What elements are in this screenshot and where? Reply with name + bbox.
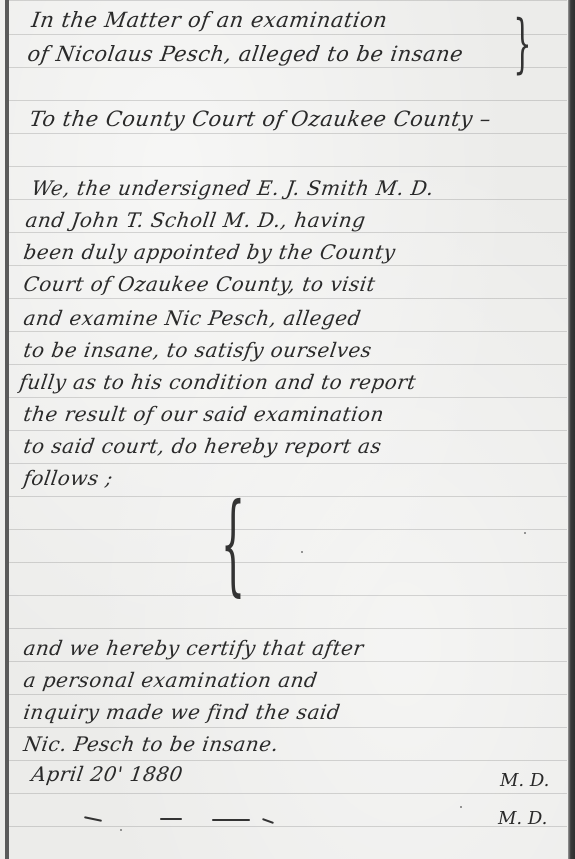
certification-line-1: and we hereby certify that after (22, 636, 365, 660)
body-line-4: Court of Ozaukee County, to visit (22, 272, 377, 296)
body-line-6: to be insane, to satisfy ourselves (22, 338, 373, 362)
body-line-3: been duly appointed by the County (22, 240, 397, 264)
court-address: To the County Court of Ozaukee County – (28, 107, 493, 131)
scan-speck (460, 806, 462, 808)
body-line-2: and John T. Scholl M. D., having (24, 208, 367, 232)
body-line-8: the result of our said examination (22, 402, 386, 426)
signature-suffix-1: M. D. (500, 770, 549, 791)
caption-right-brace: } (513, 12, 531, 76)
certification-line-2: a personal examination and (22, 668, 319, 692)
certification-line-3: inquiry made we find the said (22, 700, 342, 724)
scan-speck (120, 829, 122, 831)
blank-section-brace: { (221, 488, 246, 598)
signature-dash-2 (160, 818, 182, 820)
body-line-5: and examine Nic Pesch, alleged (22, 306, 363, 330)
body-line-10: follows ; (22, 466, 115, 490)
caption-line-1: In the Matter of an examination (30, 8, 389, 32)
right-page-edge (568, 0, 575, 859)
document-page: In the Matter of an examination of Nicol… (0, 0, 575, 859)
body-line-9: to said court, do hereby report as (22, 434, 383, 458)
left-margin-border (5, 0, 9, 859)
signature-dash-3 (212, 819, 250, 821)
signature-suffix-2: M. D. (498, 808, 547, 829)
document-date: April 20' 1880 (30, 762, 185, 786)
scan-speck (524, 532, 526, 534)
body-line-7: fully as to his condition and to report (18, 370, 418, 394)
body-line-1: We, the undersigned E. J. Smith M. D. (30, 176, 435, 200)
caption-line-2: of Nicolaus Pesch, alleged to be insane (26, 42, 465, 66)
scan-speck (301, 551, 303, 553)
certification-line-4: Nic. Pesch to be insane. (22, 732, 280, 756)
